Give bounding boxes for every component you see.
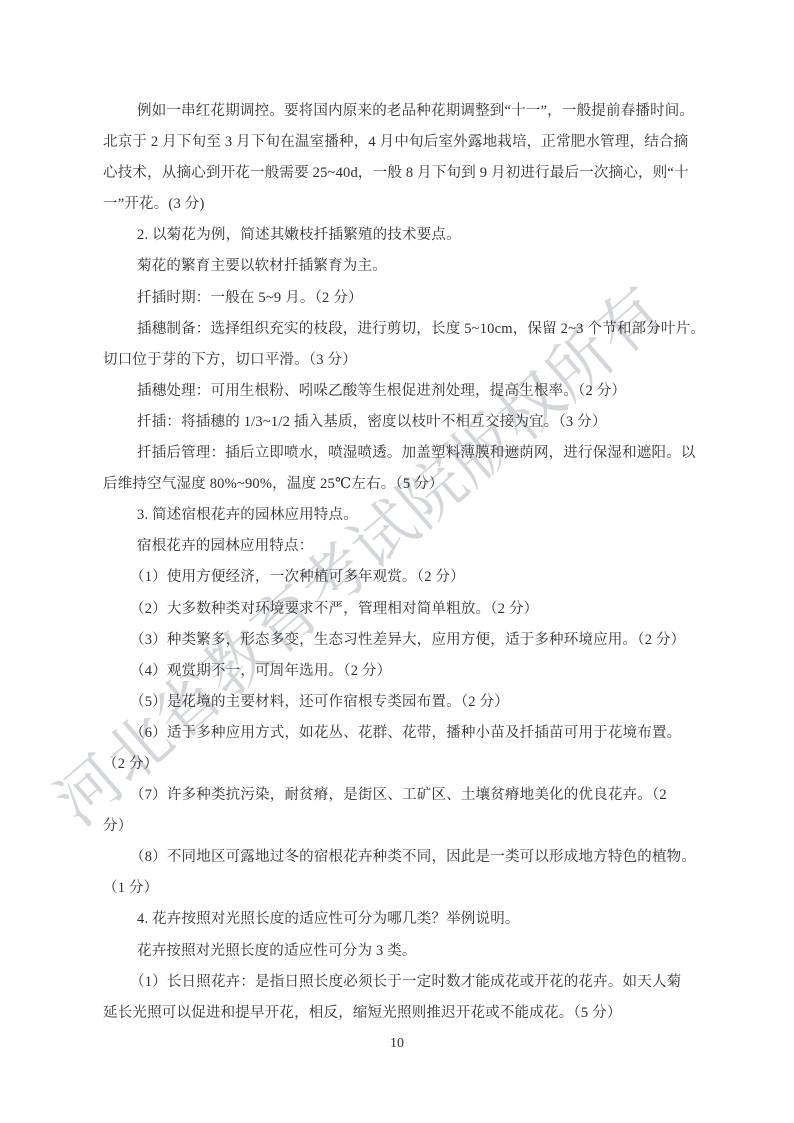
question-4-heading: 4. 花卉按照对光照长度的适应性可分为哪几类？举例说明。 (103, 904, 697, 935)
list-item: （7）许多种类抗污染，耐贫瘠，是街区、工矿区、土壤贫瘠地美化的优良花卉。（2 (103, 780, 697, 811)
list-item: （1）使用方便经济，一次种植可多年观赏。（2 分） (103, 562, 697, 593)
text-line: （1 分） (103, 873, 697, 904)
text-line: 扦插时期：一般在 5~9 月。（2 分） (103, 283, 697, 314)
document-body: 例如一串红花期调控。要将国内原来的老品种花期调整到“十一”，一般提前春播时间。 … (103, 96, 697, 1029)
document-page: 河北省教育考试院版权所有 例如一串红花期调控。要将国内原来的老品种花期调整到“十… (0, 0, 794, 1123)
question-2-heading: 2. 以菊花为例，简述其嫩枝扦插繁殖的技术要点。 (103, 220, 697, 251)
list-item: （3）种类繁多，形态多变，生态习性差异大，应用方便，适于多种环境应用。（2 分） (103, 625, 697, 656)
list-item: （8）不同地区可露地过冬的宿根花卉种类不同，因此是一类可以形成地方特色的植物。 (103, 842, 697, 873)
list-item: （4）观赏期不一，可周年选用。（2 分） (103, 656, 697, 687)
list-item: （2）大多数种类对环境要求不严，管理相对简单粗放。（2 分） (103, 594, 697, 625)
question-3-heading: 3. 简述宿根花卉的园林应用特点。 (103, 500, 697, 531)
list-item: （5）是花境的主要材料，还可作宿根专类园布置。（2 分） (103, 687, 697, 718)
text-line: 心技术，从摘心到开花一般需要 25~40d，一般 8 月下旬到 9 月初进行最后… (103, 158, 697, 189)
text-line: 宿根花卉的园林应用特点： (103, 531, 697, 562)
text-line: 扦插：将插穗的 1/3~1/2 插入基质，密度以枝叶不相互交接为宜。（3 分） (103, 407, 697, 438)
text-line: 插穗制备：选择组织充实的枝段，进行剪切，长度 5~10cm，保留 2~3 个节和… (103, 314, 697, 345)
text-line: 花卉按照对光照长度的适应性可分为 3 类。 (103, 936, 697, 967)
text-line: 菊花的繁育主要以软材扦插繁育为主。 (103, 251, 697, 282)
text-line: （2 分） (103, 749, 697, 780)
text-line: 北京于 2 月下旬至 3 月下旬在温室播种，4 月中旬后室外露地栽培，正常肥水管… (103, 127, 697, 158)
text-line: 切口位于芽的下方，切口平滑。（3 分） (103, 345, 697, 376)
text-line: 延长光照可以促进和提早开花，相反，缩短光照则推迟开花或不能成花。（5 分） (103, 998, 697, 1029)
text-line: 一”开花。(3 分) (103, 189, 697, 220)
page-number: 10 (0, 1036, 794, 1052)
text-line: 后维持空气湿度 80%~90%，温度 25℃左右。（5 分） (103, 469, 697, 500)
text-line: 例如一串红花期调控。要将国内原来的老品种花期调整到“十一”，一般提前春播时间。 (103, 96, 697, 127)
list-item: （1）长日照花卉：是指日照长度必须长于一定时数才能成花或开花的花卉。如天人菊 (103, 967, 697, 998)
list-item: （6）适于多种应用方式，如花丛、花群、花带，播种小苗及扦插苗可用于花境布置。 (103, 718, 697, 749)
text-line: 插穗处理：可用生根粉、吲哚乙酸等生根促进剂处理，提高生根率。（2 分） (103, 376, 697, 407)
text-line: 扦插后管理：插后立即喷水，喷湿喷透。加盖塑料薄膜和遮荫网，进行保湿和遮阳。以 (103, 438, 697, 469)
text-line: 分） (103, 811, 697, 842)
